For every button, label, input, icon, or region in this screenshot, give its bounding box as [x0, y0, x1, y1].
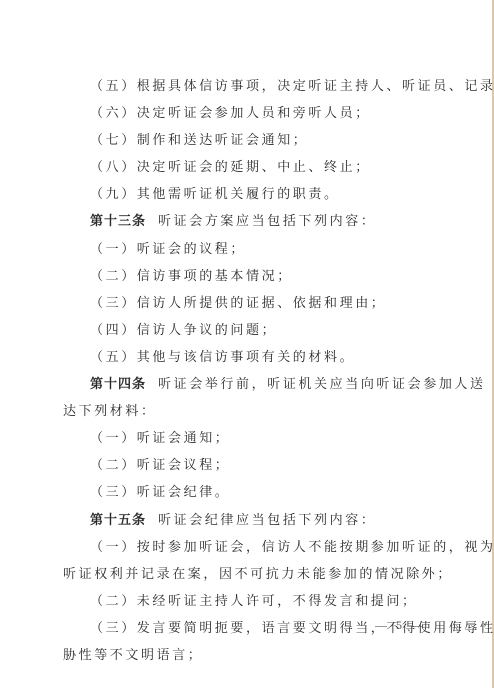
page-number: — 5 — [375, 618, 426, 633]
list-item: （一）按时参加听证会，信访人不能按期参加听证的，视为放弃 [63, 537, 429, 564]
article-heading: 第十三条 [90, 214, 146, 229]
article-text: 听证会方案应当包括下列内容： [158, 214, 376, 229]
list-item: （一）听证会的议程； [63, 239, 429, 266]
article-text: 听证会纪律应当包括下列内容： [158, 513, 376, 528]
article-15: 第十五条听证会纪律应当包括下列内容： [63, 510, 429, 537]
list-item: （五）根据具体信访事项，决定听证主持人、听证员、记录员； [63, 76, 429, 103]
list-item: （四）信访人争议的问题； [63, 320, 429, 347]
list-item: （三）信访人所提供的证据、依据和理由； [63, 293, 429, 320]
list-item: （二）听证会议程； [63, 455, 429, 482]
list-item: （二）信访事项的基本情况； [63, 266, 429, 293]
list-item-continued: 听证权利并记录在案，因不可抗力未能参加的情况除外； [63, 564, 429, 591]
article-text-continued: 达下列材料： [63, 401, 429, 428]
article-13: 第十三条听证会方案应当包括下列内容： [63, 211, 429, 238]
list-item: （一）听证会通知； [63, 428, 429, 455]
document-body: （五）根据具体信访事项，决定听证主持人、听证员、记录员； （六）决定听证会参加人… [63, 76, 429, 672]
list-item: （九）其他需听证机关履行的职责。 [63, 184, 429, 211]
article-heading: 第十五条 [90, 513, 146, 528]
list-item-continued: 胁性等不文明语言； [63, 645, 429, 672]
article-heading: 第十四条 [90, 377, 146, 392]
list-item: （七）制作和送达听证会通知； [63, 130, 429, 157]
list-item: （二）未经听证主持人许可，不得发言和提问； [63, 591, 429, 618]
article-14: 第十四条听证会举行前，听证机关应当向听证会参加人送 [63, 374, 429, 401]
list-item: （五）其他与该信访事项有关的材料。 [63, 347, 429, 374]
list-item: （六）决定听证会参加人员和旁听人员； [63, 103, 429, 130]
article-text: 听证会举行前，听证机关应当向听证会参加人送 [158, 377, 486, 392]
list-item: （八）决定听证会的延期、中止、终止； [63, 157, 429, 184]
list-item: （三）听证会纪律。 [63, 482, 429, 509]
